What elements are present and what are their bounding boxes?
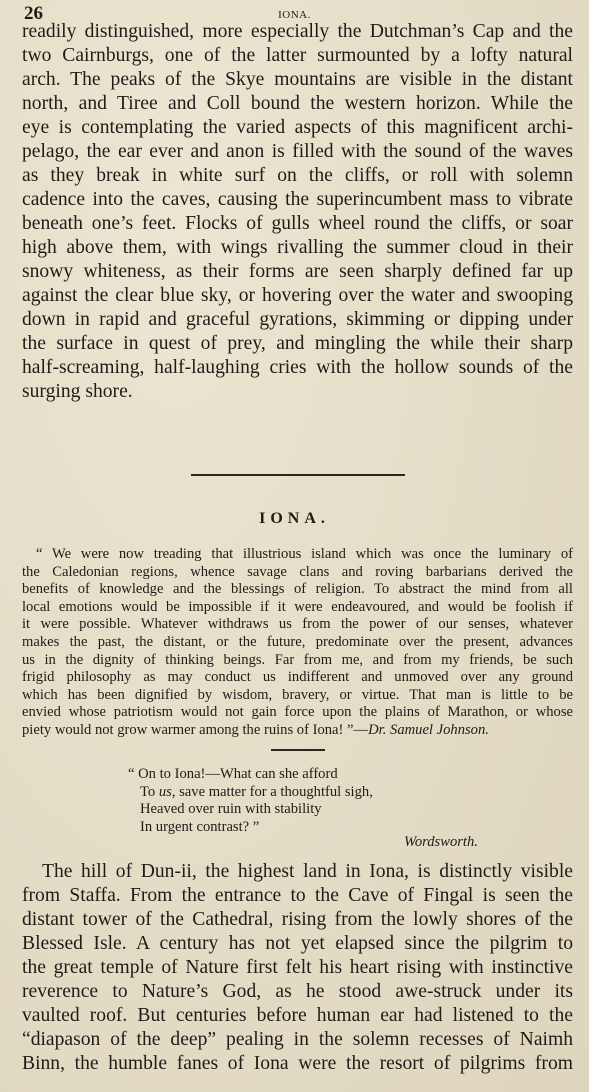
text-line: half-screaming, half-laughing cries with… [22,356,573,380]
text-line: frigid philosophy as may conduct us indi… [22,669,573,687]
short-divider-rule [271,749,325,751]
text-line: envied whose patriotism would not gain f… [22,704,573,722]
text-line: the great temple of Nature first felt hi… [22,956,573,980]
text-line: cadence into the caves, causing the supe… [22,188,573,212]
text-line: surging shore. [22,380,573,404]
text-line: benefits of knowledge and the blessings … [22,581,573,599]
epigraph-quote: “ We were now treading that illustrious … [22,546,573,740]
text-line: arch. The peaks of the Skye mountains ar… [22,68,573,92]
text-line: the surface in quest of prey, and mingli… [22,332,573,356]
verse-quote: “ On to Iona!—What can she afford To us,… [128,766,373,836]
text-line: Blessed Isle. A century has not yet elap… [22,932,573,956]
text-line: beneath one’s feet. Flocks of gulls whee… [22,212,573,236]
text-line: two Cairnburgs, one of the latter surmou… [22,44,573,68]
text-line: vaulted roof. But centuries before human… [22,1004,573,1028]
text-line: eye is contemplating the varied aspects … [22,116,573,140]
text-line: local emotions would be impossible if it… [22,599,573,617]
text-line: against the clear blue sky, or hovering … [22,284,573,308]
lower-paragraph: The hill of Dun-ii, the highest land in … [22,860,573,1076]
text-line: which has been dignified by wisdom, brav… [22,687,573,705]
text-line: piety would not grow warmer among the ru… [22,722,573,740]
epigraph-last-line: piety would not grow warmer among the ru… [22,722,368,738]
text-line: us in the dignity of thinking beings. Fa… [22,652,573,670]
text-line: snowy whiteness, as their forms are seen… [22,260,573,284]
verse-attribution: Wordsworth. [404,834,478,851]
verse-line: Heaved over ruin with stability [128,801,373,819]
text-line: The hill of Dun-ii, the highest land in … [22,860,573,884]
book-page: 26 IONA. readily distinguished, more esp… [0,0,589,1092]
verse-line: To us, save matter for a thoughtful sigh… [128,784,373,802]
text-line: the Caledonian regions, whence savage cl… [22,564,573,582]
text-line: distant tower of the Cathedral, rising f… [22,908,573,932]
verse-line: “ On to Iona!—What can she afford [128,766,373,784]
text-line: down in rapid and graceful gyrations, sk… [22,308,573,332]
text-line: pelago, the ear ever and anon is filled … [22,140,573,164]
section-divider-rule [191,474,405,476]
text-line: readily distinguished, more especially t… [22,20,573,44]
text-line: north, and Tiree and Coll bound the west… [22,92,573,116]
top-paragraph: readily distinguished, more especially t… [22,20,573,404]
text-line: makes the past, the distant, or the futu… [22,634,573,652]
text-line: Binn, the humble fanes of Iona were the … [22,1052,573,1076]
epigraph-attribution: Dr. Samuel Johnson. [368,722,489,738]
text-line: high above them, with wings rivalling th… [22,236,573,260]
text-line: reverence to Nature’s God, as he stood a… [22,980,573,1004]
verse-line: In urgent contrast? ” [128,819,373,837]
text-line: as they break in white surf on the cliff… [22,164,573,188]
text-line: from Staffa. From the entrance to the Ca… [22,884,573,908]
section-title: IONA. [0,510,589,528]
text-line: “diapason of the deep” pealing in the so… [22,1028,573,1052]
text-line: “ We were now treading that illustrious … [22,546,573,564]
text-line: it were possible. Whatever withdraws us … [22,616,573,634]
